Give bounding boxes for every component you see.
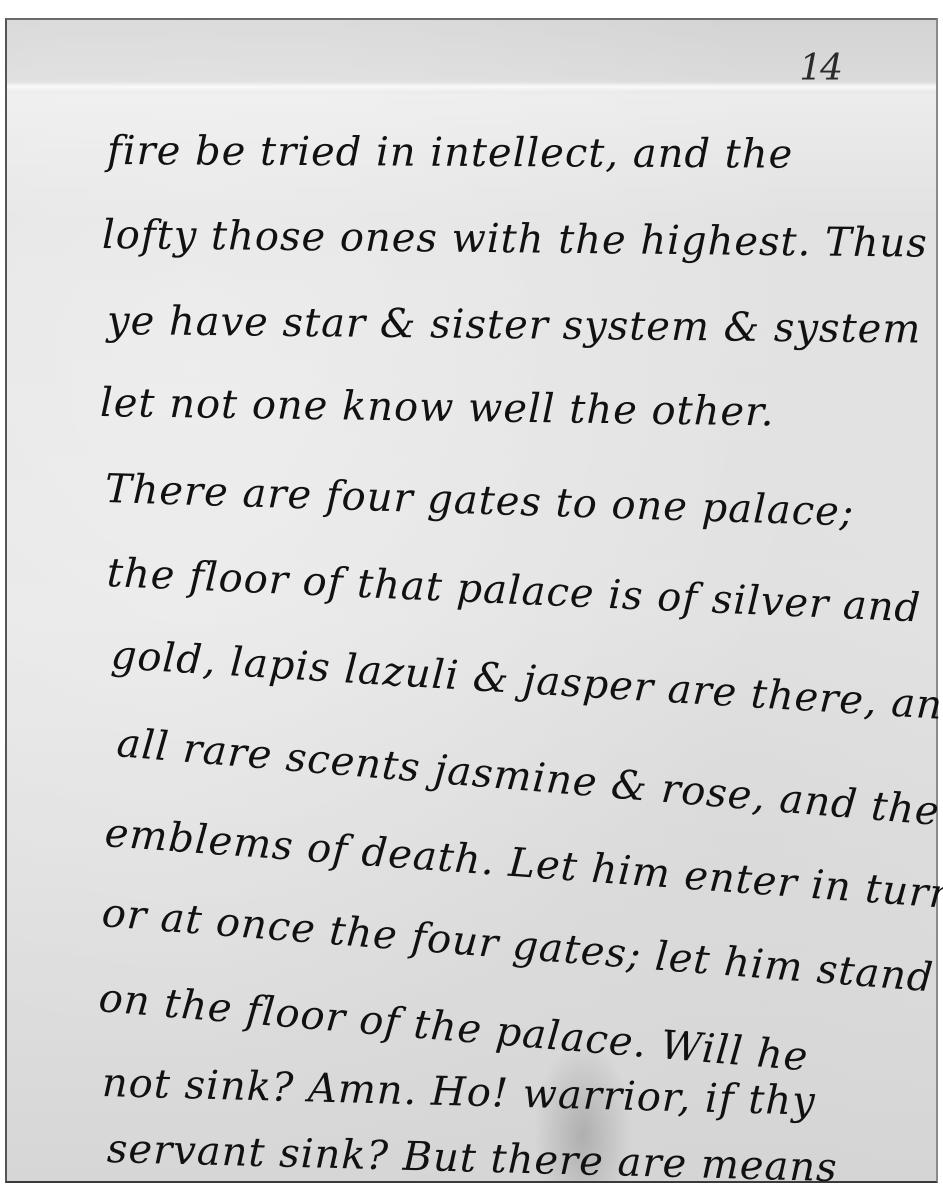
manuscript-line-4: let not one know well the other. — [100, 380, 775, 435]
manuscript-line-13: servant sink? But there are means — [106, 1126, 838, 1191]
manuscript-line-8: all rare scents jasmine & rose, and the — [115, 720, 942, 835]
manuscript-line-2: lofty those ones with the highest. Thus — [102, 212, 928, 267]
manuscript-line-5: There are four gates to one palace; — [104, 466, 855, 536]
manuscript-page: 14 fire be tried in intellect, and the l… — [5, 18, 938, 1183]
manuscript-line-3: ye have star & sister system & system — [107, 298, 922, 353]
page-number: 14 — [799, 48, 841, 89]
paper-crease — [7, 82, 936, 92]
manuscript-line-6: the floor of that palace is of silver an… — [106, 550, 922, 631]
manuscript-line-7: gold, lapis lazuli & jasper are there, a… — [110, 632, 943, 730]
manuscript-line-1: fire be tried in intellect, and the — [107, 128, 793, 178]
